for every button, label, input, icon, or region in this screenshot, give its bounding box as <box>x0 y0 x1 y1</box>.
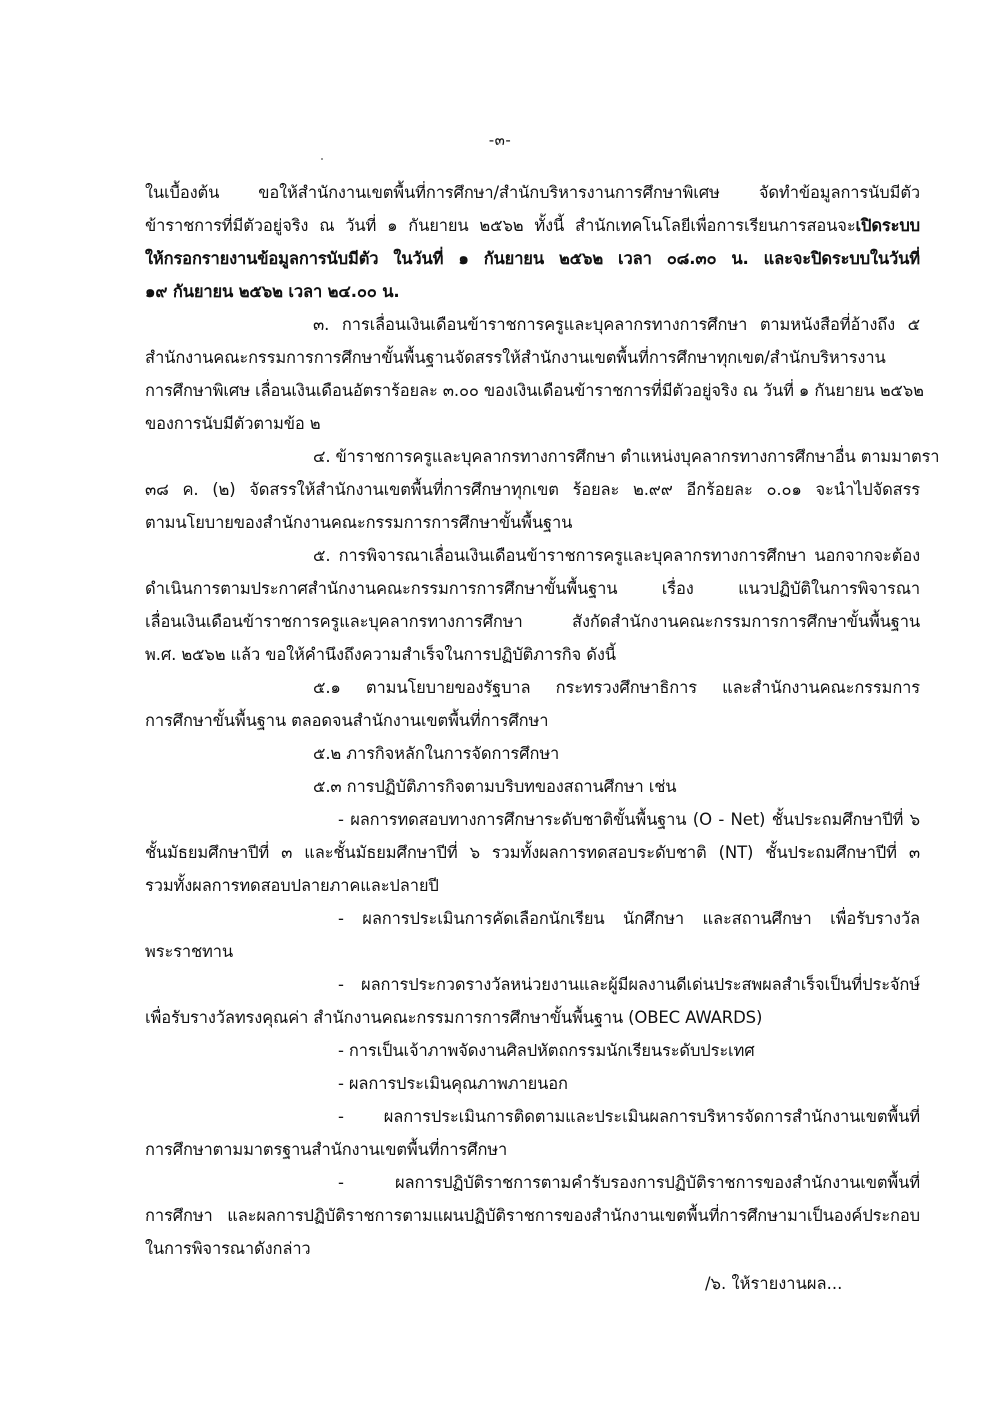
subsection-5-3: ๕.๓ การปฏิบัติภารกิจตามบริบทของสถานศึกษา… <box>313 776 920 798</box>
intro-line-2-regular: ข้าราชการที่มีตัวอยู่จริง ณ วันที่ ๑ กัน… <box>145 216 856 235</box>
intro-line-4: ๑๙ กันยายน ๒๕๖๒ เวลา ๒๔.๐๐ น. <box>145 281 920 303</box>
bullet-6-line-2: การศึกษาตามมาตรฐานสำนักงานเขตพื้นที่การศ… <box>145 1139 920 1161</box>
bullet-1-line-1: - ผลการทดสอบทางการศึกษาระดับชาติขั้นพื้น… <box>338 809 920 831</box>
subsection-5-1-line-2: การศึกษาขั้นพื้นฐาน ตลอดจนสำนักงานเขตพื้… <box>145 710 920 732</box>
bullet-5: - ผลการประเมินคุณภาพภายนอก <box>338 1073 920 1095</box>
section-3-line-2: สำนักงานคณะกรรมการการศึกษาขั้นพื้นฐานจัด… <box>145 347 920 369</box>
bullet-2-line-2: พระราชทาน <box>145 941 920 963</box>
section-4-heading-line: ๔. ข้าราชการครูและบุคลากรทางการศึกษา ตำแ… <box>313 446 920 468</box>
section-5-line-4: พ.ศ. ๒๕๖๒ แล้ว ขอให้คำนึงถึงความสำเร็จใน… <box>145 644 920 666</box>
bullet-3-line-1: - ผลการประกวดรางวัลหน่วยงานและผู้มีผลงาน… <box>338 974 920 996</box>
bullet-6-line-1: - ผลการประเมินการติดตามและประเมินผลการบร… <box>338 1106 920 1128</box>
section-5-heading-line: ๕. การพิจารณาเลื่อนเงินเดือนข้าราชการครู… <box>313 545 920 567</box>
intro-line-1: ในเบื้องต้น ขอให้สำนักงานเขตพื้นที่การศึ… <box>145 182 920 204</box>
bullet-1-line-2: ชั้นมัธยมศึกษาปีที่ ๓ และชั้นมัธยมศึกษาป… <box>145 842 920 864</box>
scan-speck <box>321 158 323 160</box>
bullet-2-line-1: - ผลการประเมินการคัดเลือกนักเรียน นักศึก… <box>338 908 920 930</box>
bullet-1-line-3: รวมทั้งผลการทดสอบปลายภาคและปลายปี <box>145 875 920 897</box>
section-5-line-2: ดำเนินการตามประกาศสำนักงานคณะกรรมการการศ… <box>145 578 920 600</box>
subsection-5-2: ๕.๒ ภารกิจหลักในการจัดการศึกษา <box>313 743 920 765</box>
document-page: -๓- ในเบื้องต้น ขอให้สำนักงานเขตพื้นที่ก… <box>0 0 1000 1405</box>
bullet-7-line-1: - ผลการปฏิบัติราชการตามคำรับรองการปฏิบัต… <box>338 1172 920 1194</box>
section-5-line-3: เลื่อนเงินเดือนข้าราชการครูและบุคลากรทาง… <box>145 611 920 633</box>
bullet-7-line-3: ในการพิจารณาดังกล่าว <box>145 1238 920 1260</box>
page-number: -๓- <box>0 128 1000 152</box>
section-3-heading-line: ๓. การเลื่อนเงินเดือนข้าราชการครูและบุคล… <box>313 314 920 336</box>
intro-line-2-bold: เปิดระบบ <box>856 216 920 235</box>
intro-line-2: ข้าราชการที่มีตัวอยู่จริง ณ วันที่ ๑ กัน… <box>145 215 920 237</box>
section-3-line-4: ของการนับมีตัวตามข้อ ๒ <box>145 413 920 435</box>
section-3-line-3: การศึกษาพิเศษ เลื่อนเงินเดือนอัตราร้อยละ… <box>145 380 920 402</box>
subsection-5-1-line-1: ๕.๑ ตามนโยบายของรัฐบาล กระทรวงศึกษาธิการ… <box>313 677 920 699</box>
section-4-line-2: ๓๘ ค. (๒) จัดสรรให้สำนักงานเขตพื้นที่การ… <box>145 479 920 501</box>
bullet-3-line-2: เพื่อรับรางวัลทรงคุณค่า สำนักงานคณะกรรมก… <box>145 1007 920 1029</box>
section-4-line-3: ตามนโยบายของสำนักงานคณะกรรมการการศึกษาขั… <box>145 512 920 534</box>
bullet-7-line-2: การศึกษา และผลการปฏิบัติราชการตามแผนปฏิบ… <box>145 1205 920 1227</box>
continuation-marker: /๖. ให้รายงานผล... <box>705 1273 842 1295</box>
intro-line-3: ให้กรอกรายงานข้อมูลการนับมีตัว ในวันที่ … <box>145 248 920 270</box>
bullet-4: - การเป็นเจ้าภาพจัดงานศิลปหัตถกรรมนักเรี… <box>338 1040 920 1062</box>
